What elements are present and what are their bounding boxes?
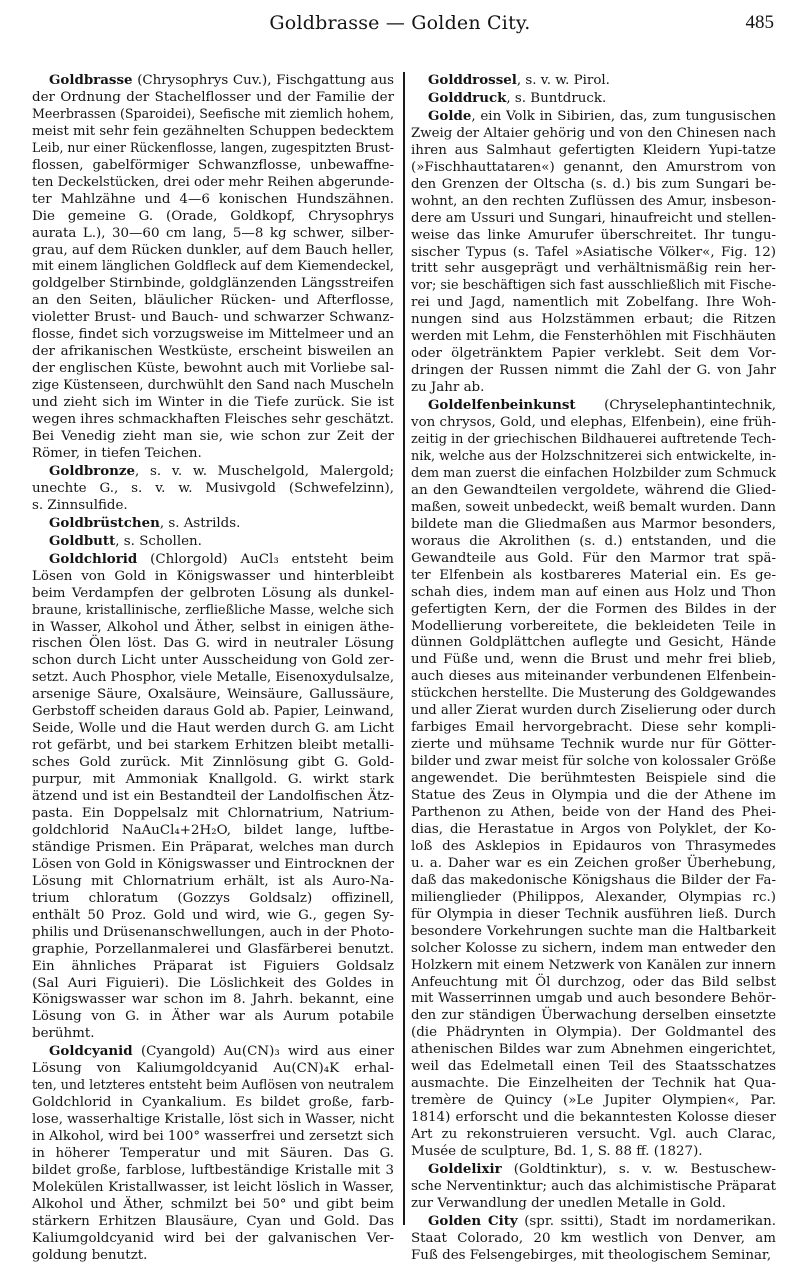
entry-line: berühmt.	[32, 1026, 394, 1043]
headword: Golde	[428, 108, 471, 124]
headword: Goldelfenbeinkunst	[428, 397, 576, 413]
entry-line: der Ordnung der Stachelflosser und der F…	[32, 90, 394, 107]
entry-line: philis und Drüsenanschwellungen, auch in…	[32, 925, 394, 942]
entry-line: Bei Venedig zieht man sie, wie schon zur…	[32, 429, 394, 446]
entry-golddrossel: Golddrossel, s. v. w. Pirol.	[411, 72, 776, 90]
entry-text: (spr. ssitti), Stadt im nordamerikan.	[524, 1214, 776, 1229]
entry-line: meist mit sehr fein gezähnelten Schuppen…	[32, 124, 394, 141]
entry-line: Lösung von G. in Äther war als Aurum pot…	[32, 1009, 394, 1026]
entry-line: dem man zuerst die einfachen Holzbilder …	[411, 466, 776, 483]
entry-line: Ein ähnliches Präparat ist Figuiers Gold…	[32, 959, 394, 976]
entry-line: Golddruck, s. Buntdruck.	[411, 90, 776, 108]
entry-line: 1814) erforscht und die bekanntesten Kol…	[411, 1110, 776, 1127]
entry-line: (die Phädrynten in Olympia). Der Goldman…	[411, 1025, 776, 1042]
entry-line: ter Elfenbein als kostbareres Material e…	[411, 568, 776, 585]
entry-line: Leib, nur einer Rückenflosse, langen, zu…	[32, 141, 394, 158]
entry-text: (Chlorgold) AuCl₃ entsteht beim	[150, 552, 394, 567]
entry-line: auch dieses aus miteinander verbundenen …	[411, 669, 776, 686]
entry-line: den Grenzen der Oltscha (s. d.) bis zum …	[411, 177, 776, 194]
headword: Goldbrüstchen	[49, 515, 160, 531]
entry-line: Goldbutt, s. Schollen.	[32, 533, 394, 551]
entry-line: pasta. Ein Doppelsalz mit Chlornatrium, …	[32, 806, 394, 823]
entry-line: zu Jahr ab.	[411, 380, 776, 397]
entry-line: athenischen Bildes war zum Abnehmen eing…	[411, 1042, 776, 1059]
entry-line: rischen Ölen löst. Das G. wird in neutra…	[32, 636, 394, 653]
headword: Goldbrasse	[49, 72, 133, 88]
entry-line: dias, die Herastatue in Argos von Polykl…	[411, 822, 776, 839]
entry-line: (Sal Auri Figuieri). Die Löslichkeit des…	[32, 976, 394, 993]
entry-line: flossen, gabelförmiger Schwanzflosse, un…	[32, 158, 394, 175]
entry-line: für Olympia in dieser Technik ausführen …	[411, 907, 776, 924]
entry-line: Art zu rekonstruieren versucht. Vgl. auc…	[411, 1127, 776, 1144]
entry-line: wegen ihres schmackhaften Fleisches sehr…	[32, 412, 394, 429]
entry-line: daß das makedonische Königshaus die Bild…	[411, 873, 776, 890]
entry-line: Seide, Wolle und die Haut werden durch G…	[32, 721, 394, 738]
entry-line: aurata L.), 30—60 cm lang, 5—8 kg schwer…	[32, 226, 394, 243]
entry-line: dringen der Russen nimmt die Zahl der G.…	[411, 363, 776, 380]
entry-line: Statue des Zeus in Olympia und die der A…	[411, 788, 776, 805]
entry-line: Goldbrüstchen, s. Astrilds.	[32, 515, 394, 533]
entry-line: beim Verdampfen der gelbroten Lösung als…	[32, 586, 394, 603]
entry-line: arsenige Säure, Oxalsäure, Weinsäure, Ga…	[32, 687, 394, 704]
right-column: Golddrossel, s. v. w. Pirol.Golddruck, s…	[411, 72, 776, 1265]
entry-line: ihren aus Salmhaut gefertigten Kleidern …	[411, 143, 776, 160]
entry-line: trium chloratum (Gozzys Goldsalz) offizi…	[32, 891, 394, 908]
entry-text: (Chryselephantintechnik,	[604, 398, 776, 413]
entry-line: Lösung mit Chlornatrium erhält, ist als …	[32, 874, 394, 891]
entry-line: Goldchlorid in Cyankalium. Es bildet gro…	[32, 1095, 394, 1112]
entry-line: Königswasser war schon im 8. Jahrh. beka…	[32, 992, 394, 1009]
entry-line: mit Wasserrinnen umgab und auch besonder…	[411, 991, 776, 1008]
entry-goldcyanid: Goldcyanid (Cyangold) Au(CN)₃ wird aus e…	[32, 1043, 394, 1264]
entry-line: sche Nerventinktur; auch das alchimistis…	[411, 1179, 776, 1196]
entry-line: nik, welche aus der Holzschnitzerei sich…	[411, 449, 776, 466]
entry-text: , ein Volk in Sibirien, das, zum tungusi…	[471, 109, 776, 124]
entry-goldbrasse: Goldbrasse (Chrysophrys Cuv.), Fischgatt…	[32, 72, 394, 463]
entry-line: braune, kristallinische, zerfließliche M…	[32, 603, 394, 620]
entry-line: u. a. Daher war es ein Zeichen großer Üb…	[411, 856, 776, 873]
entry-line: ausmachte. Die Einzelheiten der Technik …	[411, 1076, 776, 1093]
entry-line: zeitig in der griechischen Bildhauerei a…	[411, 432, 776, 449]
headword: Goldbutt	[49, 533, 115, 549]
entry-line: Goldchlorid (Chlorgold) AuCl₃ entsteht b…	[32, 551, 394, 569]
running-head: Goldbrasse — Golden City.	[0, 12, 800, 34]
entry-line: Modellierung vorbereitete, die bekleidet…	[411, 619, 776, 636]
entry-line: loß des Asklepios in Epidauros von Thras…	[411, 839, 776, 856]
entry-text: (Goldtinktur), s. v. w. Bestuschew-	[514, 1162, 776, 1177]
headword: Goldbronze	[49, 463, 135, 479]
entry-line: violetter Brust- und Bauch- und schwarze…	[32, 310, 394, 327]
entry-goldbronze: Goldbronze, s. v. w. Muschelgold, Malerg…	[32, 463, 394, 515]
entry-line: zige Küstenseen, durchwühlt den Sand nac…	[32, 378, 394, 395]
entry-line: nungen sind aus Holzstämmen erbaut; die …	[411, 312, 776, 329]
entry-text: , s. v. w. Pirol.	[517, 73, 610, 88]
entry-line: solcher Kolosse zu sichern, indem man en…	[411, 941, 776, 958]
entry-line: vor; sie beschäftigen sich fast ausschli…	[411, 278, 776, 295]
entry-line: Parthenon zu Athen, beide von der Hand d…	[411, 805, 776, 822]
entry-line: Meerbrassen (Sparoidei), Seefische mit z…	[32, 107, 394, 124]
left-column: Goldbrasse (Chrysophrys Cuv.), Fischgatt…	[32, 72, 394, 1265]
entry-line: Gerbstoff scheiden daraus Gold ab. Papie…	[32, 704, 394, 721]
entry-line: mit einem länglichen Goldfleck auf dem K…	[32, 259, 394, 276]
entry-line: stärkern Erhitzen Blausäure, Cyan und Go…	[32, 1214, 394, 1231]
entry-line: sches Gold zurück. Mit Zinnlösung gibt G…	[32, 755, 394, 772]
entry-line: grau, auf dem Rücken dunkler, auf dem Ba…	[32, 243, 394, 260]
entry-goldchlorid: Goldchlorid (Chlorgold) AuCl₃ entsteht b…	[32, 551, 394, 1044]
entry-line: in höherer Temperatur und mit Säuren. Da…	[32, 1146, 394, 1163]
entry-line: stückchen herstellte. Die Musterung des …	[411, 686, 776, 703]
entry-line: den zur ständigen Überwachung derselben …	[411, 1008, 776, 1025]
headword: Golden City	[428, 1213, 518, 1229]
entry-line: tritt sehr ausgeprägt und verhältnismäßi…	[411, 261, 776, 278]
entry-golddruck: Golddruck, s. Buntdruck.	[411, 90, 776, 108]
entry-line: Zweig der Altaier gehörig und von den Ch…	[411, 126, 776, 143]
entry-line: ständige Prismen. Ein Präparat, welches …	[32, 840, 394, 857]
entry-goldbrustchen: Goldbrüstchen, s. Astrilds.	[32, 515, 394, 533]
entry-goldelixir: Goldelixir (Goldtinktur), s. v. w. Bestu…	[411, 1161, 776, 1213]
entry-line: ätzend und ist ein Bestandteil der Lando…	[32, 789, 394, 806]
entry-line: angewendet. Die berühmtesten Beispiele s…	[411, 771, 776, 788]
entry-line: Golden City (spr. ssitti), Stadt im nord…	[411, 1213, 776, 1231]
entry-line: werden mit Lehm, die Fensterhöhlen mit F…	[411, 329, 776, 346]
entry-line: weise das linke Amurufer überschreitet. …	[411, 228, 776, 245]
entry-line: sischer Typus (s. Tafel »Asiatische Völk…	[411, 245, 776, 262]
entry-line: bilder und zwar meist für solche von kol…	[411, 754, 776, 771]
entry-line: s. Zinnsulfide.	[32, 498, 394, 515]
entry-line: goldchlorid NaAuCl₄+2H₂O, bildet lange, …	[32, 823, 394, 840]
entry-line: Staat Colorado, 20 km westlich von Denve…	[411, 1231, 776, 1248]
entry-line: bildet große, farblose, luftbeständige K…	[32, 1163, 394, 1180]
entry-line: rot gefärbt, und bei starkem Erhitzen bl…	[32, 738, 394, 755]
entry-line: zierte und mühsame Technik wurde nur für…	[411, 737, 776, 754]
entry-line: in Alkohol, wird bei 100° wasserfrei und…	[32, 1129, 394, 1146]
entry-text: , s. Astrilds.	[160, 516, 241, 531]
entry-line: Alkohol und Äther, schmilzt bei 50° und …	[32, 1197, 394, 1214]
entry-line: der afrikanischen Westküste, erscheint b…	[32, 344, 394, 361]
entry-line: Lösen von Gold in Königswasser und hinte…	[32, 569, 394, 586]
entry-line: zur Verwandlung der unedlen Metalle in G…	[411, 1196, 776, 1213]
entry-line: Römer, in tiefen Teichen.	[32, 446, 394, 463]
headword: Goldelixir	[428, 1161, 502, 1177]
headword: Golddrossel	[428, 72, 517, 88]
page-number: 485	[746, 12, 775, 34]
entry-text: (Cyangold) Au(CN)₃ wird aus einer	[141, 1044, 394, 1059]
entry-line: schon durch Licht unter Ausscheidung von…	[32, 653, 394, 670]
entry-line: Fuß des Felsengebirges, mit theologische…	[411, 1248, 776, 1265]
entry-line: Gewandteile aus Gold. Für den Marmor tra…	[411, 551, 776, 568]
entry-line: Goldcyanid (Cyangold) Au(CN)₃ wird aus e…	[32, 1043, 394, 1061]
column-divider	[403, 72, 405, 1225]
entry-line: Goldbrasse (Chrysophrys Cuv.), Fischgatt…	[32, 72, 394, 90]
entry-line: und zieht sich im Winter in die Tiefe zu…	[32, 395, 394, 412]
entry-line: lose, wasserhaltige Kristalle, löst sich…	[32, 1112, 394, 1129]
entry-line: und Füße und, wenn die Brust und mehr fr…	[411, 652, 776, 669]
entry-line: Kaliumgoldcyanid wird bei der galvanisch…	[32, 1231, 394, 1248]
entry-text: , s. Schollen.	[115, 534, 202, 549]
entry-line: Molekülen Kristallwasser, ist leicht lös…	[32, 1180, 394, 1197]
entry-line: Golde, ein Volk in Sibirien, das, zum tu…	[411, 108, 776, 126]
entry-line: woraus die Akrolithen (s. d.) entstanden…	[411, 534, 776, 551]
entry-line: und aller Zierat wurden durch Ziselierun…	[411, 703, 776, 720]
entry-line: farbiges Email hervorgebracht. Diese seh…	[411, 720, 776, 737]
entry-line: tremère de Quincy (»Le Jupiter Olympien«…	[411, 1093, 776, 1110]
entry-line: goldung benutzt.	[32, 1248, 394, 1265]
entry-line: flosse, findet sich vorzugsweise im Mitt…	[32, 327, 394, 344]
entry-line: dere am Ussuri und Sungari, hinaufreicht…	[411, 211, 776, 228]
entry-line: besondere Vorkehrungen suchte man die Ha…	[411, 924, 776, 941]
entry-text: , s. v. w. Muschelgold, Malergold;	[135, 464, 394, 479]
entry-line: ter Mahlzähne und 4—6 konischen Hundszäh…	[32, 192, 394, 209]
entry-goldbutt: Goldbutt, s. Schollen.	[32, 533, 394, 551]
entry-line: purpur, mit Ammoniak Knallgold. G. wirkt…	[32, 772, 394, 789]
entry-line: der englischen Küste, bewohnt auch mit V…	[32, 361, 394, 378]
entry-line: gefertigten Kern, der die Formen des Bil…	[411, 602, 776, 619]
headword: Golddruck	[428, 90, 506, 106]
entry-line: von chrysos, Gold, und elephas, Elfenbei…	[411, 415, 776, 432]
entry-line: ten, und letzteres entsteht beim Auflöse…	[32, 1078, 394, 1095]
entry-goldelfenbeinkunst: Goldelfenbeinkunst (Chryselephantintechn…	[411, 397, 776, 1161]
entry-line: schah dies, indem man auf einen aus Holz…	[411, 585, 776, 602]
entry-line: graphie, Porzellanmalerei und Glasfärber…	[32, 942, 394, 959]
entry-line: in Wasser, Alkohol und Äther, selbst in …	[32, 620, 394, 637]
entry-line: Goldbronze, s. v. w. Muschelgold, Malerg…	[32, 463, 394, 481]
entry-line: Anfeuchtung mit Öl durchzog, oder das Bi…	[411, 975, 776, 992]
entry-text: (Chrysophrys Cuv.), Fischgattung aus	[137, 73, 394, 88]
headword: Goldchlorid	[49, 551, 137, 567]
entry-line: enthält 50 Proz. Gold und wird, wie G., …	[32, 908, 394, 925]
entry-line: weil das Edelmetall einen Teil des Staat…	[411, 1059, 776, 1076]
page-header: Goldbrasse — Golden City. 485	[0, 0, 800, 40]
entry-line: an den Seiten, bläulicher Rücken- und Af…	[32, 293, 394, 310]
entry-line: Golddrossel, s. v. w. Pirol.	[411, 72, 776, 90]
entry-line: goldgelber Stirnbinde, goldglänzenden Lä…	[32, 276, 394, 293]
entry-golden-city: Golden City (spr. ssitti), Stadt im nord…	[411, 1213, 776, 1265]
entry-line: Goldelixir (Goldtinktur), s. v. w. Bestu…	[411, 1161, 776, 1179]
entry-line: Lösen von Gold in Königswasser und Eintr…	[32, 857, 394, 874]
headword: Goldcyanid	[49, 1043, 133, 1059]
entry-line: rei und Jagd, namentlich mit Zobelfang. …	[411, 295, 776, 312]
entry-line: unechte G., s. v. w. Musivgold (Schwefel…	[32, 481, 394, 498]
entry-line: (»Fischhauttataren«) genannt, den Amurst…	[411, 160, 776, 177]
entry-line: maßen, soweit unbedeckt, weiß bemalt wur…	[411, 500, 776, 517]
entry-line: an den Gewandteilen vergoldete, während …	[411, 483, 776, 500]
entry-line: ten Deckelstücken, drei oder mehr Reihen…	[32, 175, 394, 192]
entry-line: oder ölgetränktem Papier verklebt. Seit …	[411, 346, 776, 363]
entry-line: milienglieder (Philippos, Alexander, Oly…	[411, 890, 776, 907]
entry-line: Goldelfenbeinkunst (Chryselephantintechn…	[411, 397, 776, 415]
entry-line: Musée de sculpture, Bd. 1, S. 88 ff. (18…	[411, 1144, 776, 1161]
entry-line: Holzkern mit einem Netzwerk von Kanälen …	[411, 958, 776, 975]
entry-line: dünnen Goldplättchen auflegte und Gesich…	[411, 635, 776, 652]
entry-text: , s. Buntdruck.	[506, 91, 606, 106]
entry-line: setzt. Auch Phosphor, viele Metalle, Eis…	[32, 670, 394, 687]
entry-line: Lösung von Kaliumgoldcyanid Au(CN)₄K erh…	[32, 1061, 394, 1078]
entry-line: Die gemeine G. (Orade, Goldkopf, Chrysop…	[32, 209, 394, 226]
entry-golde: Golde, ein Volk in Sibirien, das, zum tu…	[411, 108, 776, 397]
entry-line: wohnt, an den rechten Zuflüssen des Amur…	[411, 194, 776, 211]
entry-line: bildete man die Gliedmaßen aus Marmor be…	[411, 517, 776, 534]
